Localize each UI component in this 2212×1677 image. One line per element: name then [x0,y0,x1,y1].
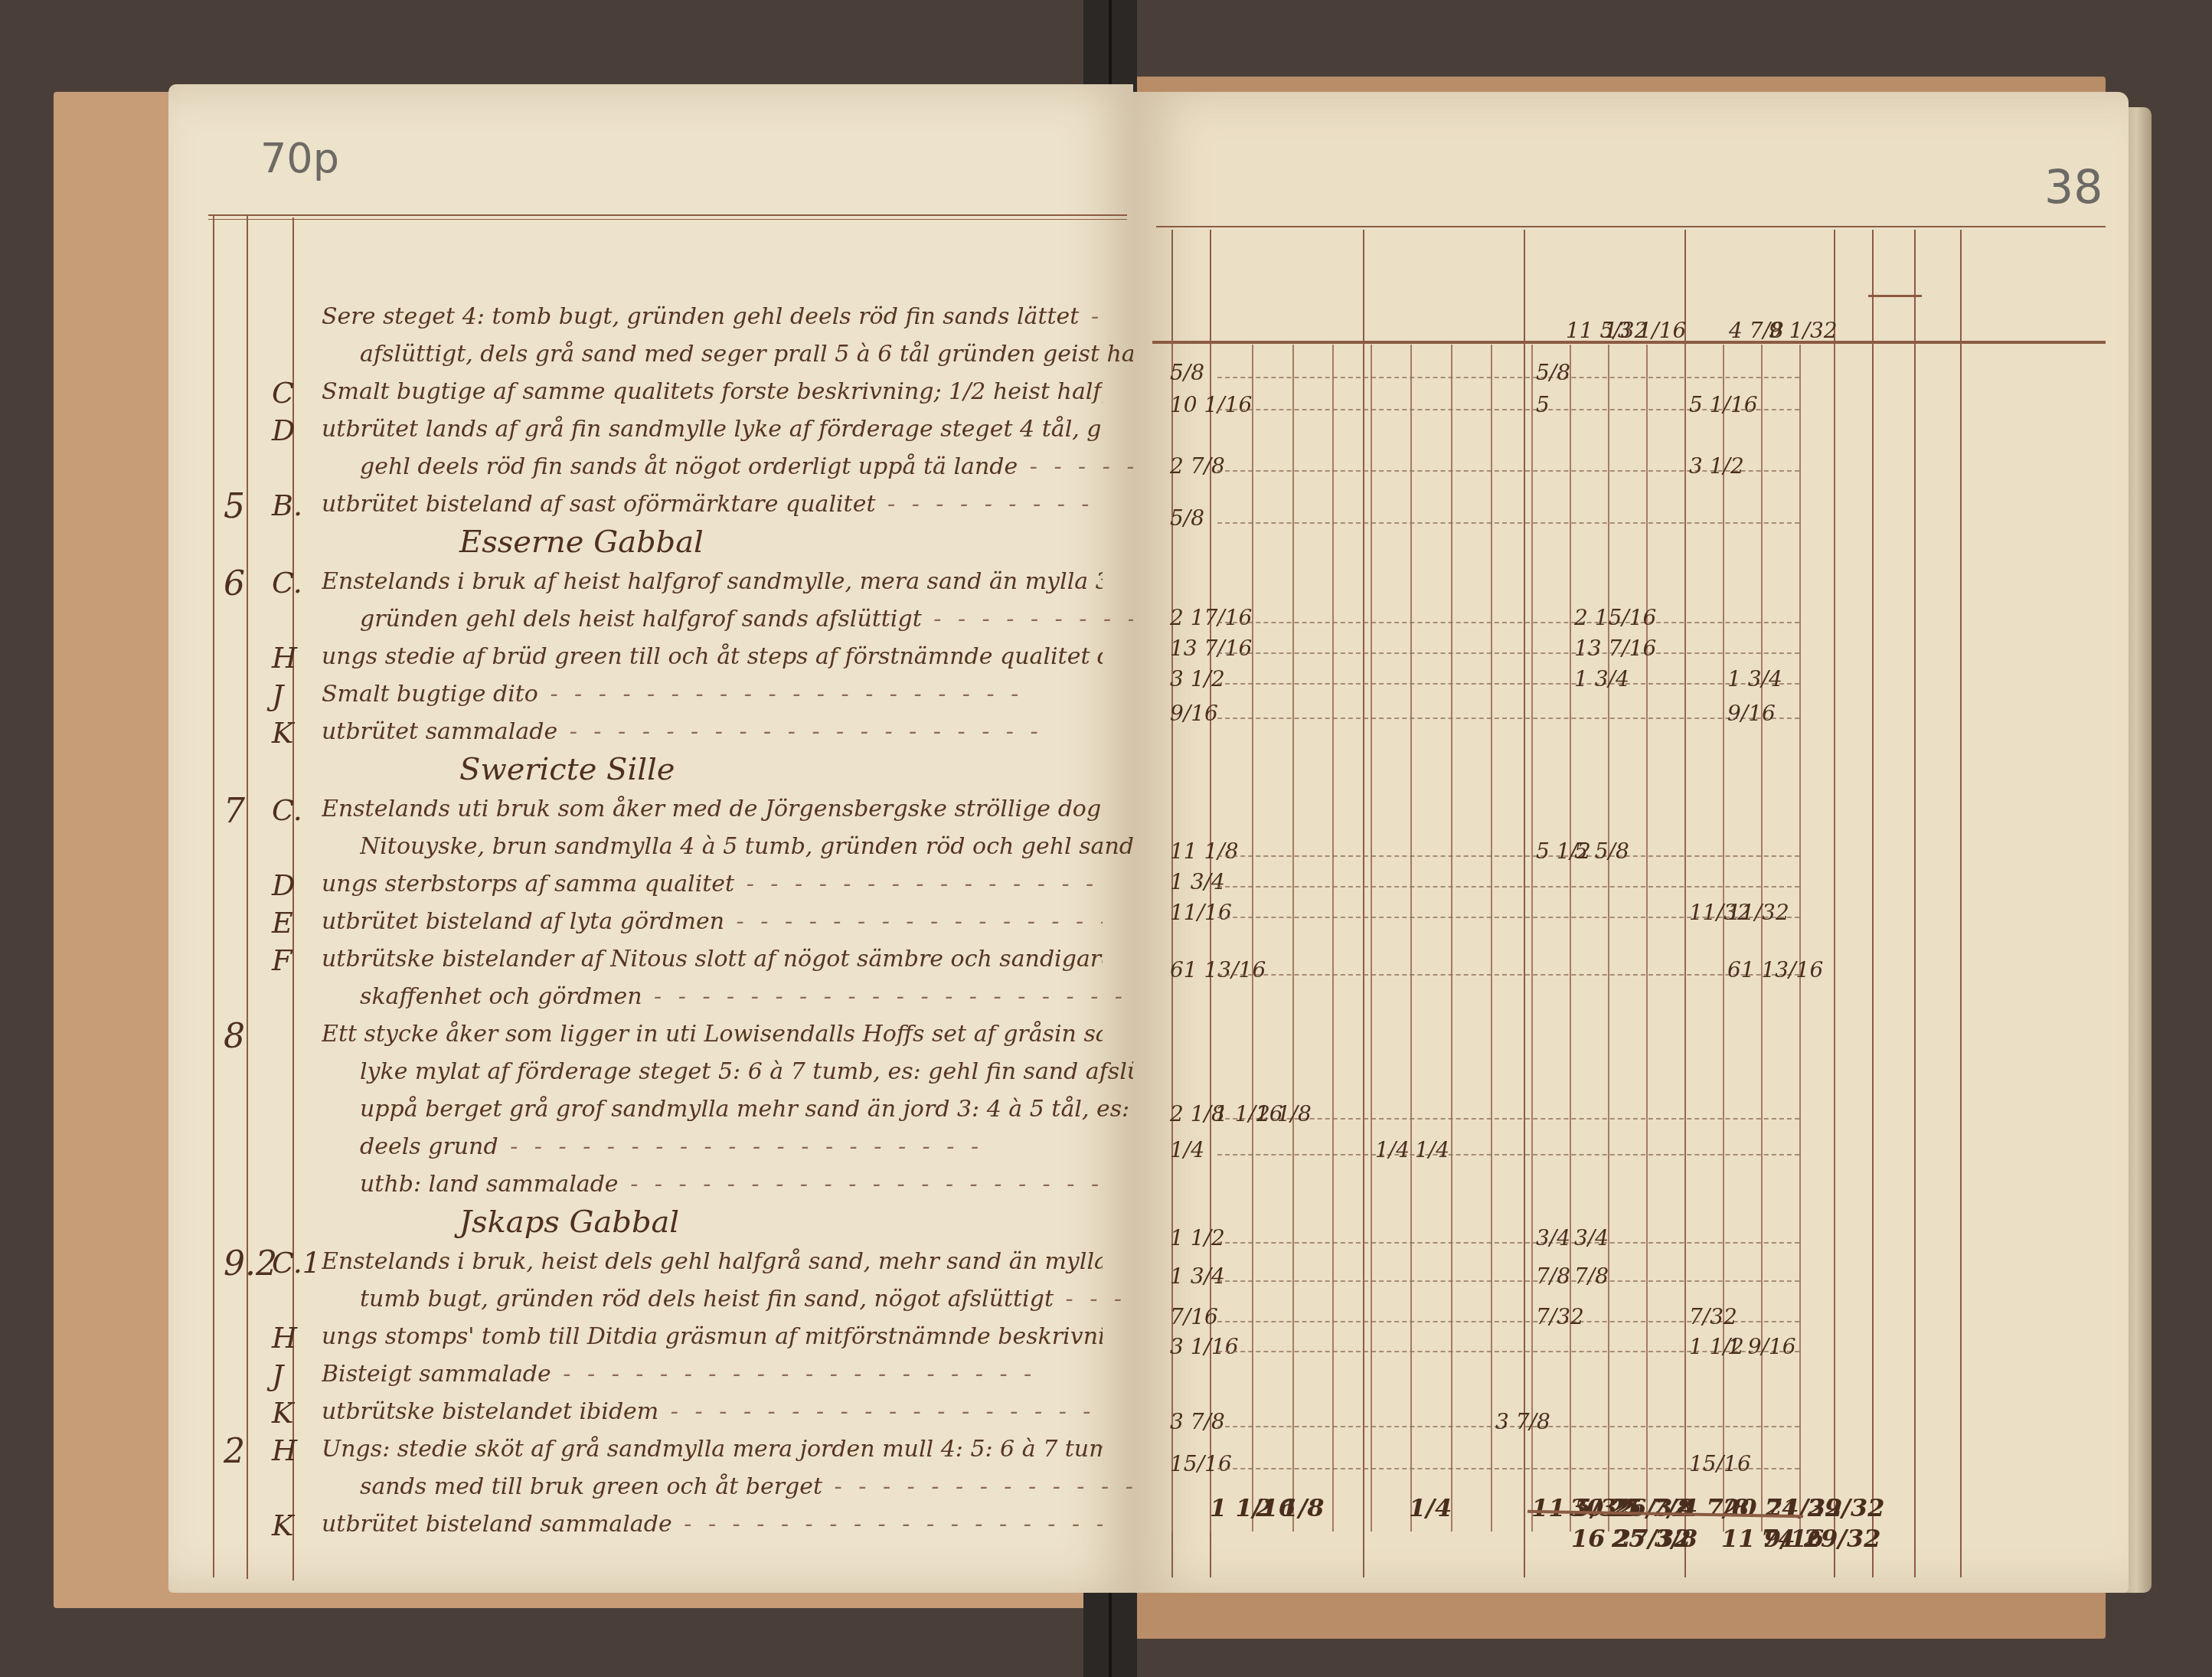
entry-text: deels grund - - - - - - - - - - - - - - … [360,1133,1141,1162]
total-upper: 2 1/8 [1256,1493,1325,1522]
row-leader [1217,718,1799,719]
entry-text: utbrütske bistelander af Nitous slott af… [322,945,1103,974]
entry-letter: C [272,376,294,410]
entry-text-content: uthb: land sammalade [360,1171,619,1198]
major-column-rule [1914,230,1916,1577]
header-value: 13 1/16 [1604,318,1686,343]
entry-text: utbrütet bisteland af lyta gördmen - - -… [322,907,1103,937]
pencil-folio-right: 38 [2044,161,2103,214]
entry-letter: D [272,414,295,447]
entry-text-content: ungs stomps' tomb till Ditdia gräsmun af… [322,1323,1103,1350]
leader-dashes: - - - - - - - - - - - - - - - - - - - - [557,718,1042,745]
entry-text: sands med till bruk green och åt berget … [360,1473,1141,1502]
entry-text-content: Nitouyske, brun sandmylla 4 à 5 tumb, gr… [360,833,1141,860]
entry-text: utbrütet sammalade - - - - - - - - - - -… [322,718,1103,747]
entry-text: Smalt bugtige af samme qualitets forste … [322,378,1103,407]
cell-value: 1 3/4 [1574,666,1629,691]
row-leader [1217,522,1799,524]
cell-value: 9/16 [1727,701,1776,726]
entry-number: 2 [224,1432,245,1471]
cell-value: 1 3/4 [1727,666,1782,691]
section-heading: Esserne Gabbal [459,525,704,560]
entry-letter: C. [272,566,302,600]
leader-dashes: - - - - - - - - - - - - - - - - - - - - [658,1398,1103,1425]
entry-text-content: Bisteigt sammalade [322,1361,551,1388]
entry-text-content: utbrütske bistelander af Nitous slott af… [322,946,1103,973]
row-left-value: 3 1/16 [1170,1334,1239,1359]
entry-number: 6 [224,564,245,603]
cell-value: 5/8 [1536,360,1570,385]
entry-letter: F [272,943,292,977]
row-left-value: 1 3/4 [1170,869,1225,894]
cell-value: 61 13/16 [1727,957,1823,982]
row-leader [1217,622,1799,623]
entry-text: uthb: land sammalade - - - - - - - - - -… [360,1170,1141,1199]
cell-value: 5 5/8 [1574,838,1629,864]
entry-text-content: utbrütet lands af grå fin sandmylle lyke… [322,416,1103,443]
cell-value: 2 15/16 [1574,605,1656,630]
cell-value: 2 1/8 [1256,1101,1312,1126]
entry-letter: J [272,678,283,712]
entry-text: utbrütet bisteland af sast oförmärktare … [322,490,1103,519]
entry-text: Ungs: stedie sköt af grå sandmylla mera … [322,1435,1103,1464]
entry-text-content: deels grund [360,1133,498,1160]
cell-value: 3/4 [1574,1225,1609,1250]
entry-text: skaffenhet och gördmen - - - - - - - - -… [360,982,1141,1012]
entry-text-content: sands med till bruk green och åt berget [360,1473,822,1500]
major-column-rule [1960,230,1962,1577]
entry-letter: K [272,1396,293,1430]
row-leader [1217,377,1799,378]
leader-dashes: - - - - - - - - - - - - - - - - - - - - [922,606,1141,633]
entry-text: tumb bugt, gründen röd dels heist fin sa… [360,1285,1141,1314]
entry-text-content: utbrütet bisteland af sast oförmärktare … [322,491,875,518]
entry-text: utbrütet lands af grå fin sandmylle lyke… [322,415,1103,444]
entry-text: ungs stomps' tomb till Ditdia gräsmun af… [322,1322,1103,1352]
entry-number: 8 [224,1017,245,1056]
entry-letter: H [272,641,297,675]
row-left-value: 15/16 [1170,1451,1232,1476]
leader-dashes: - - - - - - - - - - - - - - - - - - - - [1054,1286,1141,1313]
entry-letter: K [272,1509,293,1542]
cell-value: 13 7/16 [1574,636,1656,661]
cell-value: 7/32 [1689,1304,1737,1329]
entry-text-content: ungs stedie af brüd green till och åt st… [322,643,1103,670]
row-leader [1217,652,1799,654]
row-left-value: 1/4 [1170,1137,1204,1162]
entry-number: 7 [224,792,245,831]
entry-text: Smalt bugtige dito - - - - - - - - - - -… [322,680,1103,709]
entry-text-content: Enstelands uti bruk som åker med de Jörg… [322,796,1103,822]
row-left-value: 5/8 [1170,360,1204,385]
cell-value: 1/4 [1375,1137,1410,1162]
row-left-value: 1 1/2 [1170,1225,1225,1250]
row-left-value: 2 17/16 [1170,605,1252,630]
entry-number: 5 [224,487,245,526]
entry-text-content: Sere steget 4: tomb bugt, gründen gehl d… [322,303,1079,330]
entry-text: Enstelands i bruk af heist halfgrof sand… [322,567,1103,597]
entry-text: gründen gehl dels heist halfgrof sands a… [360,605,1141,634]
row-leader [1217,1154,1799,1156]
leader-dashes: - - - - - - - - - - - - - - - - - - - - [734,871,1103,897]
entry-text: gehl deels röd fin sands åt nögot orderl… [360,453,1141,482]
row-left-value: 9/16 [1170,701,1218,726]
entry-text: Enstelands uti bruk som åker med de Jörg… [322,795,1103,824]
cell-value: 3/4 [1536,1225,1570,1250]
cell-value: 5 [1536,392,1550,417]
cell-value: 1/4 [1415,1137,1449,1162]
right-page [1133,92,2129,1593]
row-leader [1217,886,1799,888]
entry-text-content: gründen gehl dels heist halfgrof sands a… [360,606,922,633]
entry-letter: D [272,868,295,902]
row-leader [1217,855,1799,857]
entry-letter: E [272,906,293,940]
entry-letter: H [272,1433,297,1467]
total-lower: 74 29/32 [1761,1524,1880,1553]
entry-text-content: Enstelands i bruk, heist dels gehl halfg… [322,1248,1103,1275]
entry-text: lyke mylat af förderage steget 5: 6 à 7 … [360,1058,1141,1087]
entry-text: utbrütske bistelandet ibidem - - - - - -… [322,1397,1103,1427]
leader-dashes: - - - - - - - - - - - - - - - - - - - - [1018,453,1141,480]
row-left-value: 10 1/16 [1170,392,1252,417]
entry-text: Ett stycke åker som ligger in uti Lowise… [322,1020,1103,1049]
minor-column-rule [1799,345,1801,1532]
entry-text: Bisteigt sammalade - - - - - - - - - - -… [322,1360,1103,1389]
section-heading: Jskaps Gabbal [459,1205,679,1240]
entry-text-content: Ungs: stedie sköt af grå sandmylla mera … [322,1436,1103,1463]
major-column-rule [1872,230,1874,1577]
entry-letter: K [272,716,293,750]
cell-value: 15/16 [1689,1451,1751,1476]
entry-text-content: afslüttigt, dels grå sand med seger pral… [360,341,1141,368]
entry-text-content: utbrütet sammalade [322,718,557,745]
leader-dashes: - - - - - - - - - - - - - - - - - - - - [1079,303,1103,330]
leader-dashes: - - - - - - - - - - - - - - - - - - - - [619,1171,1103,1198]
major-column-rule [1363,230,1364,1577]
entry-letter: H [272,1321,297,1355]
entry-text-content: utbrütet bisteland af lyta gördmen [322,908,724,935]
row-leader [1217,974,1799,976]
leader-dashes: - - - - - - - - - - - - - - - - - - - - [551,1361,1036,1388]
column-rule-2 [247,216,248,1579]
cell-value: 3 7/8 [1495,1409,1550,1434]
cell-value: 11/32 [1727,900,1789,925]
entry-text-content: Smalt bugtige af samme qualitets forste … [322,378,1103,405]
entry-text-content: lyke mylat af förderage steget 5: 6 à 7 … [360,1058,1141,1085]
row-left-value: 3 7/8 [1170,1409,1225,1434]
row-left-value: 3 1/2 [1170,666,1225,691]
minor-column-rule [1834,345,1835,1532]
entry-text-content: gehl deels röd fin sands åt nögot orderl… [360,453,1018,480]
column-rule-1 [213,214,214,1577]
total-lower: 25 3/8 [1612,1524,1697,1553]
entry-text: Nitouyske, brun sandmylla 4 à 5 tumb, gr… [360,832,1141,861]
leader-dashes: - - - - - - - - - - - - - - - - - - - - [642,983,1127,1010]
row-left-value: 2 7/8 [1170,453,1225,479]
leader-dashes: - - - - - - - - - - - - - - - - - - - - [822,1473,1141,1500]
row-leader [1217,683,1799,685]
entry-letter: J [272,1358,283,1392]
entry-letter: B. [272,489,302,522]
cell-value: 7/8 [1536,1263,1570,1289]
entry-text-content: skaffenhet och gördmen [360,983,642,1010]
leader-dashes: - - - - - - - - - - - - - - - - - - - - [672,1511,1103,1538]
entry-text: Sere steget 4: tomb bugt, gründen gehl d… [322,302,1103,332]
row-left-value: 11/16 [1170,900,1232,925]
row-left-value: 11 1/8 [1170,838,1239,864]
entry-text: utbrütet bisteland sammalade - - - - - -… [322,1510,1103,1539]
cell-value: 5 1/16 [1689,392,1758,417]
entry-text-content: uppå berget grå grof sandmylla mehr sand… [360,1096,1141,1123]
leader-dashes: - - - - - - - - - - - - - - - - - - - - [875,491,1103,518]
total-upper: 74 29/32 [1765,1493,1884,1522]
row-leader [1217,1242,1799,1244]
entry-text-content: utbrütske bistelandet ibidem [322,1398,658,1425]
major-column-rule [1524,230,1525,1577]
leader-dashes: - - - - - - - - - - - - - - - - - - - - [498,1133,983,1160]
cell-value: 7/8 [1574,1263,1609,1289]
section-heading: Swericte Sille [459,752,675,787]
cell-value: 3 1/2 [1689,453,1744,479]
row-leader [1217,1280,1799,1282]
entry-text: ungs sterbstorps af samma qualitet - - -… [322,870,1103,899]
row-left-value: 7/16 [1170,1304,1218,1329]
leader-dashes: - - - - - - - - - - - - - - - - - - - - [724,908,1103,935]
entry-number: 9.2 [224,1244,277,1283]
top-rule-left [208,214,1127,216]
header-rule-right [1156,226,2106,227]
entry-text: uppå berget grå grof sandmylla mehr sand… [360,1095,1141,1124]
entry-letter: C. [272,793,302,827]
total-upper: 1/4 [1409,1493,1452,1522]
leader-dashes: - - - - - - - - - - - - - - - - - - - - [538,681,1023,708]
entry-text-content: Enstelands i bruk af heist halfgrof sand… [322,568,1103,595]
entry-text-content: ungs sterbstorps af samma qualitet [322,871,734,897]
entry-letter: C.1 [272,1246,321,1280]
entry-text-content: utbrütet bisteland sammalade [322,1511,672,1538]
entry-text-content: Ett stycke åker som ligger in uti Lowise… [322,1021,1103,1048]
cell-value: 1 9/16 [1727,1334,1796,1359]
top-rule-left-2 [208,219,1127,220]
entry-text: Enstelands i bruk, heist dels gehl halfg… [322,1247,1103,1277]
entry-text: ungs stedie af brüd green till och åt st… [322,642,1103,672]
row-left-value: 5/8 [1170,505,1204,531]
entry-text-content: Smalt bugtige dito [322,681,538,708]
row-left-value: 61 13/16 [1170,957,1266,982]
pencil-folio-left: 70p [260,134,339,182]
header-value: 9 1/32 [1769,318,1838,343]
cell-value: 7/32 [1536,1304,1584,1329]
entry-text-content: tumb bugt, gründen röd dels heist fin sa… [360,1286,1054,1313]
entry-text: afslüttigt, dels grå sand med seger pral… [360,340,1141,369]
row-left-value: 1 3/4 [1170,1263,1225,1289]
row-left-value: 13 7/16 [1170,636,1252,661]
